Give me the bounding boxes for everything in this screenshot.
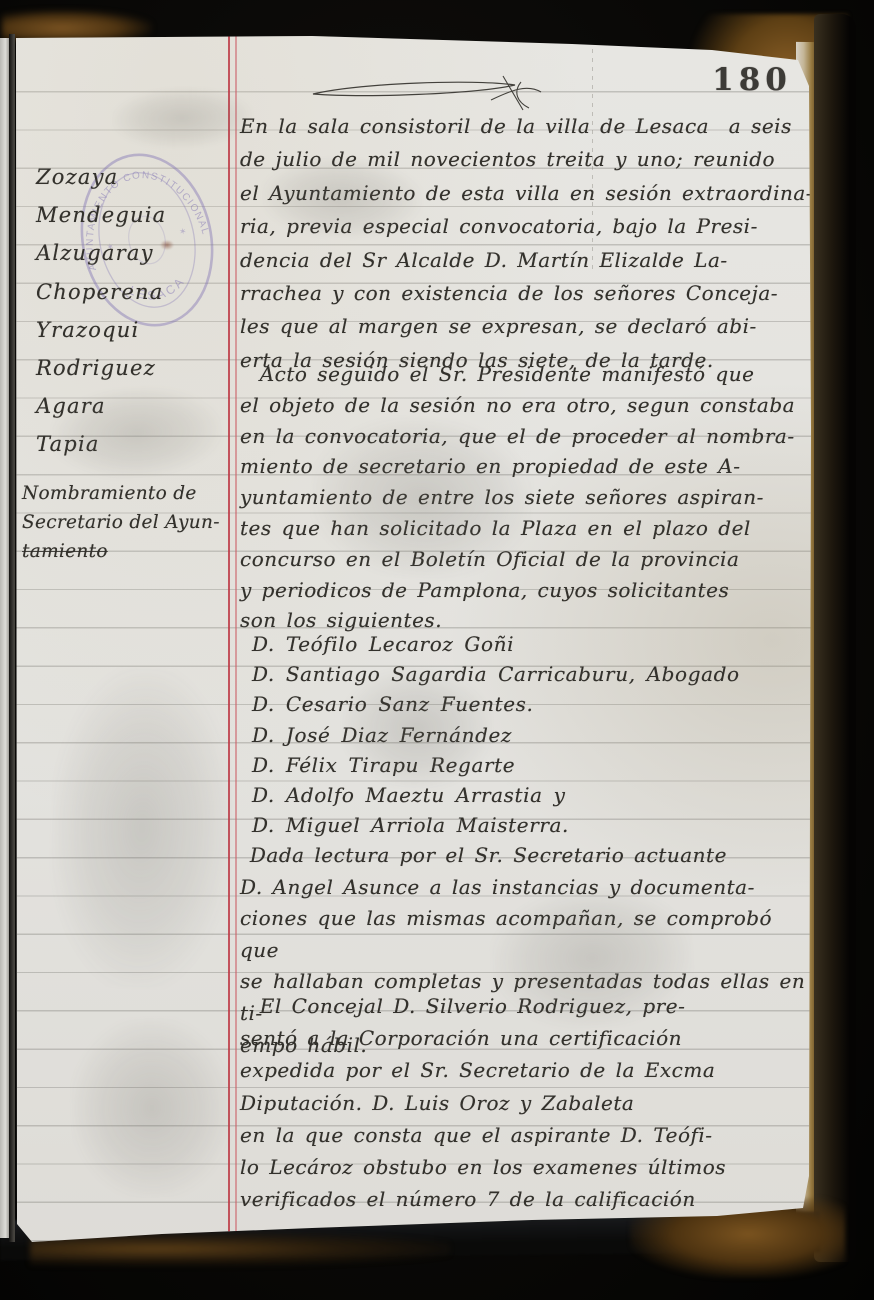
applicant-line: D. Teófilo Lecaroz Goñi	[252, 632, 817, 662]
page-gutter-shadow	[9, 34, 15, 1242]
binding-top-wear	[2, 10, 152, 40]
applicant-line: D. Miguel Arriola Maisterra.	[252, 813, 817, 843]
councilor-name: Zozaya	[36, 165, 226, 203]
applicant-line: D. Santiago Sagardia Carricaburu, Abogad…	[252, 662, 817, 692]
body-paragraph-opening: En la sala consistoril de la villa de Le…	[240, 110, 815, 377]
councilor-name: Mendeguia	[36, 203, 226, 241]
ink-bleed-smudge	[487, 881, 696, 1035]
margin-note-line: tamiento	[22, 537, 234, 566]
manuscript-page: 180 AYUNTAMIENTO CONSTITUCIONAL LESACA ✶…	[12, 28, 812, 1252]
ink-bleed-smudge	[307, 411, 538, 586]
book-cover-edge	[814, 14, 856, 1262]
manuscript-photo: 180 AYUNTAMIENTO CONSTITUCIONAL LESACA ✶…	[0, 0, 874, 1300]
councilor-name: Choperena	[36, 280, 226, 318]
applicant-list: D. Teófilo Lecaroz Goñi D. Santiago Saga…	[252, 632, 817, 843]
ink-bleed-smudge	[46, 665, 237, 991]
margin-subject-note: Nombramiento de Secretario del Ayun- tam…	[22, 479, 234, 566]
ink-bleed-smudge	[339, 664, 495, 792]
ink-bleed-smudge	[50, 384, 224, 483]
rust-spot	[160, 240, 174, 250]
applicant-line: D. Cesario Sanz Fuentes.	[252, 692, 817, 722]
applicant-line: D. Adolfo Maeztu Arrastia y	[252, 783, 817, 813]
councilor-name: Alzugaray	[36, 241, 226, 279]
ink-bleed-smudge	[111, 86, 253, 151]
ink-bleed-smudge	[261, 155, 424, 241]
applicant-line: D. José Diaz Fernández	[252, 723, 817, 753]
applicant-line: D. Félix Tirapu Regarte	[252, 753, 817, 783]
margin-note-line: Secretario del Ayun-	[22, 508, 234, 537]
margin-note-line: Nombramiento de	[22, 479, 234, 508]
ink-bleed-smudge	[69, 1015, 235, 1200]
folio-number: 180	[712, 62, 792, 98]
councilor-name: Yrazoqui	[36, 318, 226, 356]
